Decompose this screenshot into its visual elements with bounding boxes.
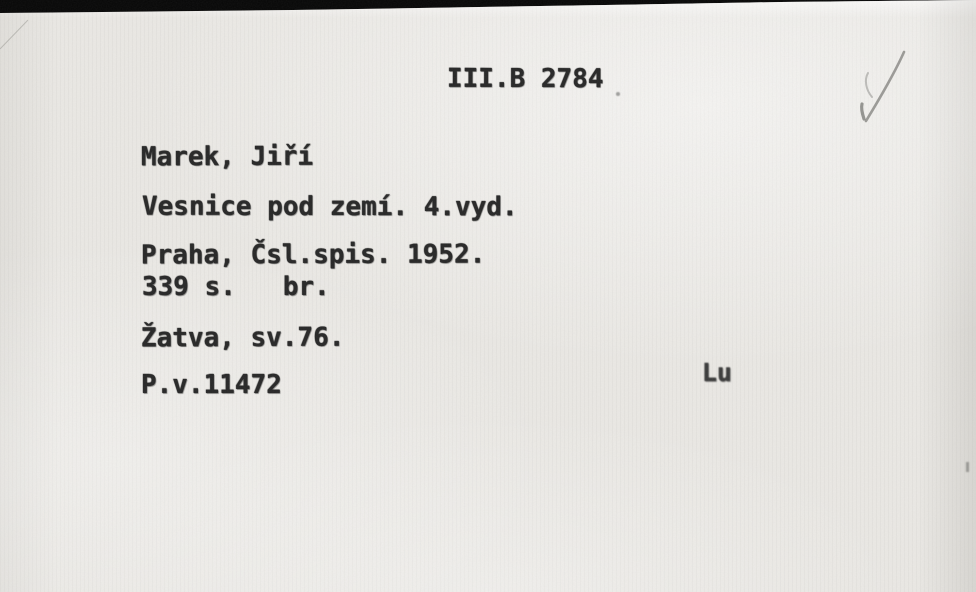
cataloguer-initials: Lu	[702, 360, 732, 385]
author-line: Marek, Jiří	[141, 144, 313, 171]
edge-speck	[966, 462, 969, 472]
series-line: Žatva, sv.76.	[141, 325, 345, 352]
catalog-card: III.B 2784 Marek, Jiří Vesnice pod zemí.…	[0, 0, 976, 592]
ink-speck	[616, 92, 620, 96]
record-number-line: P.v.11472	[141, 372, 282, 398]
typed-text-block: III.B 2784 Marek, Jiří Vesnice pod zemí.…	[0, 0, 976, 592]
collation-line: 339 s. br.	[142, 274, 330, 300]
catalog-card-scan: III.B 2784 Marek, Jiří Vesnice pod zemí.…	[0, 0, 976, 592]
title-line: Vesnice pod zemí. 4.vyd.	[142, 194, 518, 221]
imprint-line: Praha, Čsl.spis. 1952.	[141, 242, 485, 269]
call-number: III.B 2784	[447, 66, 604, 92]
